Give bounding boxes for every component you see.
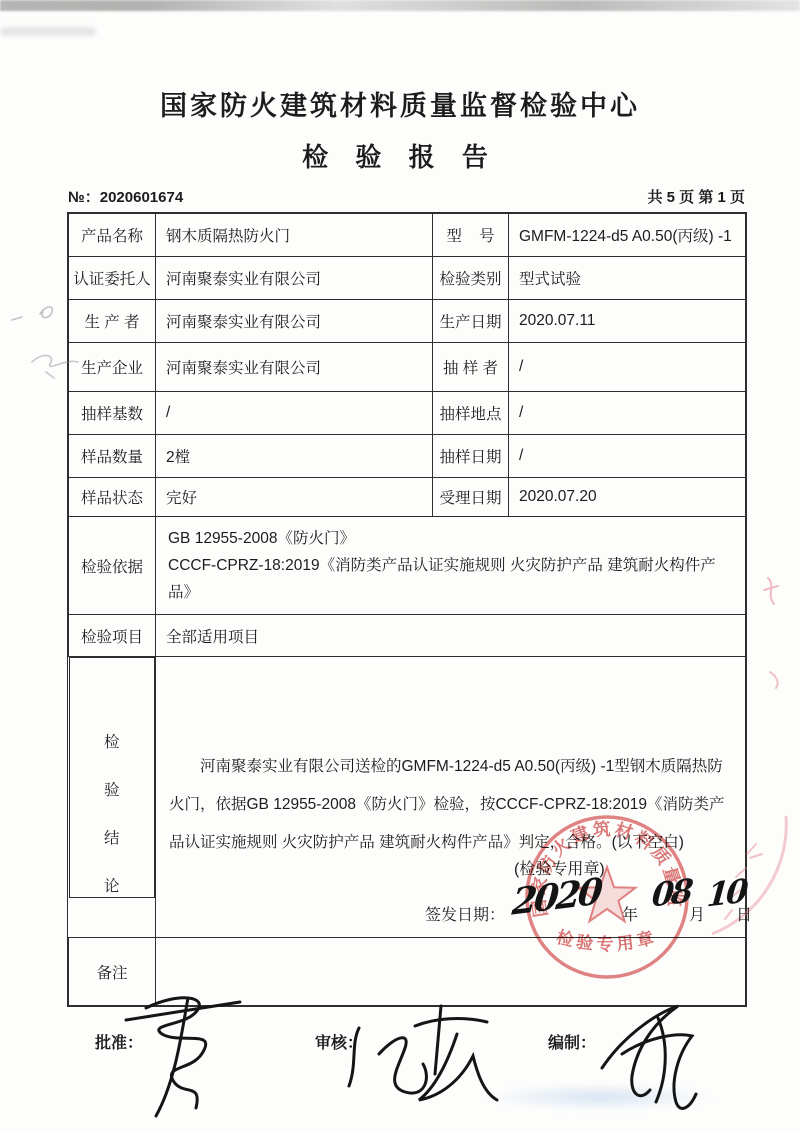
handwritten-month: 08	[650, 871, 692, 914]
issue-date-row: 签发日期： 2020 年 08 月 10 日	[420, 878, 760, 940]
pagination: 共 5 页 第 1 页	[647, 186, 745, 208]
field-label: 样品数量	[69, 435, 156, 478]
inspection-basis-value: GB 12955-2008《防火门》 CCCF-CPRZ-18:2019《消防类…	[156, 517, 746, 615]
field-value: /	[509, 392, 746, 435]
field-value: 河南聚泰实业有限公司	[156, 343, 433, 392]
field-label: 型 号	[433, 214, 509, 257]
prepare-label: 编制：	[548, 1030, 596, 1053]
field-value: /	[509, 343, 746, 392]
pencil-marks	[6, 292, 96, 412]
review-signature	[345, 1000, 505, 1110]
conclusion-label-char: 检	[104, 730, 120, 752]
approve-signature	[118, 990, 268, 1120]
inspection-items-value: 全部适用项目	[156, 615, 746, 657]
field-value: GMFM-1224-d5 A0.50(丙级) -1	[509, 214, 746, 257]
field-label: 检验项目	[69, 615, 156, 657]
report-number: №：2020601674	[68, 186, 183, 208]
field-label: 检验类别	[433, 257, 509, 300]
conclusion-label-char: 结	[104, 826, 120, 848]
month-unit: 月	[689, 902, 705, 925]
inspection-basis-row: 检验依据 GB 12955-2008《防火门》 CCCF-CPRZ-18:201…	[69, 517, 746, 615]
issue-date-label: 签发日期：	[425, 902, 505, 925]
table-row: 抽样基数 / 抽样地点 /	[69, 392, 746, 435]
field-value: 2020.07.20	[509, 478, 746, 517]
meta-row: №：2020601674 共 5 页 第 1 页	[68, 186, 745, 208]
conclusion-label-char: 验	[104, 778, 120, 800]
field-value: 型式试验	[509, 257, 746, 300]
table-row: 产品名称 钢木质隔热防火门 型 号 GMFM-1224-d5 A0.50(丙级)…	[69, 214, 746, 257]
field-value: 2樘	[156, 435, 433, 478]
conclusion-label: 检 验 结 论	[69, 657, 156, 898]
table-row: 样品状态 完好 受理日期 2020.07.20	[69, 478, 746, 517]
field-value: /	[509, 435, 746, 478]
field-value: /	[156, 392, 433, 435]
basis-line-1: GB 12955-2008《防火门》	[168, 525, 733, 552]
table-row: 样品数量 2樘 抽样日期 /	[69, 435, 746, 478]
field-value: 完好	[156, 478, 433, 517]
inspection-report-page: 国家防火建筑材料质量监督检验中心 检 验 报 告 №：2020601674 共 …	[0, 0, 800, 1131]
table-row: 认证委托人 河南聚泰实业有限公司 检验类别 型式试验	[69, 257, 746, 300]
field-value: 钢木质隔热防火门	[156, 214, 433, 257]
field-label: 样品状态	[69, 478, 156, 517]
red-margin-marks	[740, 560, 800, 700]
scan-artifact-top	[0, 0, 800, 11]
field-label: 抽 样 者	[433, 343, 509, 392]
field-value: 河南聚泰实业有限公司	[156, 300, 433, 343]
org-title: 国家防火建筑材料质量监督检验中心	[0, 84, 800, 123]
conclusion-label-char: 论	[104, 874, 120, 896]
field-label: 受理日期	[433, 478, 509, 517]
field-label: 抽样地点	[433, 392, 509, 435]
table-row: 生 产 者 河南聚泰实业有限公司 生产日期 2020.07.11	[69, 300, 746, 343]
day-unit: 日	[736, 902, 752, 925]
scan-artifact-streak	[0, 27, 96, 36]
report-number-label: №：	[68, 189, 100, 206]
field-label: 产品名称	[69, 214, 156, 257]
inspection-items-row: 检验项目 全部适用项目	[69, 615, 746, 657]
year-unit: 年	[622, 902, 638, 925]
prepare-signature	[592, 998, 707, 1118]
field-value: 河南聚泰实业有限公司	[156, 257, 433, 300]
field-label: 生产日期	[433, 300, 509, 343]
report-number-value: 2020601674	[100, 189, 183, 206]
field-label: 检验依据	[69, 517, 156, 615]
basis-line-2: CCCF-CPRZ-18:2019《消防类产品认证实施规则 火灾防护产品 建筑耐…	[168, 552, 733, 606]
handwritten-year: 2020	[510, 870, 601, 924]
field-label: 抽样日期	[433, 435, 509, 478]
table-row: 生产企业 河南聚泰实业有限公司 抽 样 者 /	[69, 343, 746, 392]
field-value: 2020.07.11	[509, 300, 746, 343]
report-title: 检 验 报 告	[0, 137, 800, 174]
